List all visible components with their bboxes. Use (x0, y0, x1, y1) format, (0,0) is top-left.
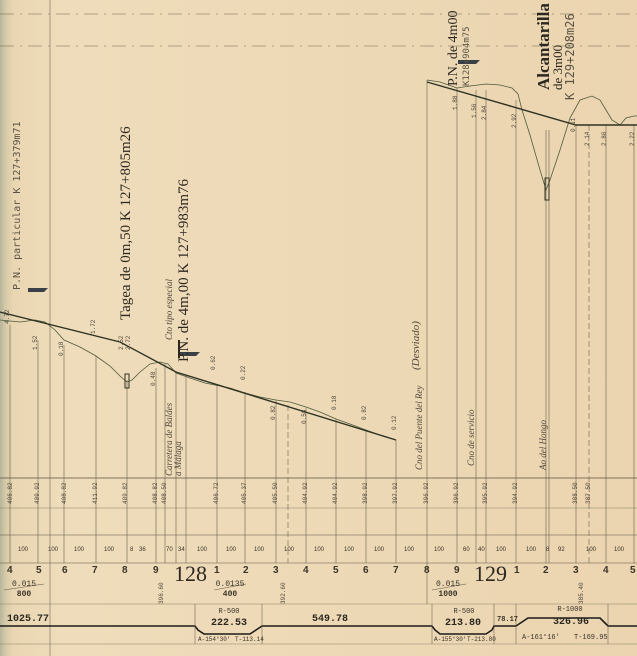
grade-change-elev: 392.60 (280, 582, 287, 604)
km-tick: 5 (333, 565, 339, 576)
km-tick: 6 (62, 565, 68, 576)
straight-length: 1025.77 (6, 614, 50, 625)
ordinate: 0.58 (301, 410, 308, 424)
arroyo-hongo-label: Ao del Hongo (538, 420, 548, 470)
ordinate: 0.82 (361, 406, 368, 420)
straight-length: 78.17 (497, 616, 518, 624)
curve-2-radius: R-500 (449, 608, 479, 616)
elevation-top: 396.92 (423, 482, 430, 504)
pn-special-type-label: Cto tipo especial (164, 279, 174, 340)
curve-3-tangent: T-169.95 (574, 634, 608, 642)
ordinate: 2.72 (125, 336, 132, 350)
ordinate: 2.92 (511, 114, 518, 128)
curve-3-radius: R-1000 (550, 606, 590, 614)
elevation-top: 406.82 (7, 482, 14, 504)
elevation-top: 398.92 (362, 482, 369, 504)
km-tick: 7 (393, 565, 399, 576)
distance-cell: 100 (74, 547, 84, 553)
km-tick: 9 (454, 565, 460, 576)
distance-cell: 100 (614, 547, 624, 553)
distance-cell: 100 (197, 547, 207, 553)
km-tick: 5 (630, 565, 636, 576)
ordinate: 4.72 (4, 310, 11, 324)
straight-length: 549.78 (300, 614, 360, 625)
elevation-top: 409.82 (122, 482, 129, 504)
curve-2-angle: A-155°30' (434, 636, 466, 643)
elevation-top: 408.82 (152, 482, 159, 504)
grade-2-length: 400 (210, 590, 250, 599)
tagea-label: Tagea de 0m,50 K 127+805m26 (118, 126, 135, 320)
grade-3-slope: 0.015 (428, 580, 468, 589)
km-tick: 4 (603, 565, 609, 576)
elevation-top: 409.92 (34, 482, 41, 504)
distance-cell: 100 (586, 547, 596, 553)
grade-change-elev: 396.60 (158, 582, 165, 604)
desviado-label: (Desviado) (410, 321, 422, 370)
distance-cell: 100 (526, 547, 536, 553)
distance-cell: 100 (18, 547, 28, 553)
ordinate: 0.18 (58, 342, 65, 356)
ordinate: 0.12 (391, 416, 398, 430)
km-tick: 3 (573, 565, 579, 576)
distance-cell: 100 (254, 547, 264, 553)
alcantarilla-km-label: K 129+208m26 (563, 13, 577, 100)
ordinate: 2.22 (629, 132, 636, 146)
km-tick: 2 (543, 565, 549, 576)
ordinate: 0.62 (210, 356, 217, 370)
ordinate: 2.52 (118, 336, 125, 350)
pn-4m-129-km-label: K128+904m75 (462, 26, 472, 86)
malaga-label: a Málaga (173, 441, 183, 476)
ordinate: 1.88 (452, 96, 459, 110)
curve-3-length: 326.96 (544, 617, 598, 628)
ordinate: 1.72 (90, 320, 97, 334)
ordinate: 2.86 (601, 132, 608, 146)
elevation-top: 408.82 (61, 482, 68, 504)
curve-2-tangent: T-213.80 (467, 636, 496, 643)
km-tick: 2 (243, 565, 249, 576)
km-tick: 7 (92, 565, 98, 576)
distance-cell: 100 (404, 547, 414, 553)
grade-3-length: 1000 (428, 590, 468, 599)
elevation-top: 411.92 (92, 482, 99, 504)
ordinate: 0.82 (270, 406, 277, 420)
elevation-top: 408.50 (161, 482, 168, 504)
distance-cell: 100 (344, 547, 354, 553)
curve-1-length: 222.53 (204, 618, 254, 629)
distance-cell: 100 (226, 547, 236, 553)
pn-4m-label: P.N. de 4m,00 K 127+983m76 (176, 179, 193, 362)
ordinate: 0.11 (570, 118, 577, 132)
distance-cell: 100 (496, 547, 506, 553)
km-major-128: 128 (174, 561, 207, 587)
elevation-top: 395.92 (482, 482, 489, 504)
curve-2-length: 213.80 (438, 618, 488, 629)
grade-2-slope: 0.0135 (210, 580, 250, 589)
distance-cell: 40 (478, 547, 485, 553)
km-tick: 1 (514, 565, 520, 576)
distance-cell: 100 (374, 547, 384, 553)
km-major-129: 129 (474, 561, 507, 587)
distance-cell: 36 (139, 547, 146, 553)
distance-cell: 8 (130, 547, 133, 553)
curve-1-radius: R-500 (214, 608, 244, 616)
distance-cell: 100 (434, 547, 444, 553)
elevation-top: 406.72 (213, 482, 220, 504)
ordinate: 0.18 (331, 396, 338, 410)
grade-1-length: 800 (4, 590, 44, 599)
elevation-top: 394.92 (512, 482, 519, 504)
elevation-top: 405.50 (272, 482, 279, 504)
curve-3-angle: A-161°16' (522, 634, 560, 642)
distance-cell: 100 (48, 547, 58, 553)
ordinate: 0.22 (240, 366, 247, 380)
km-tick: 3 (273, 565, 279, 576)
km-tick: 1 (214, 565, 220, 576)
distance-cell: 70 (166, 547, 173, 553)
curve-1-angle: A-154°30' (198, 636, 230, 643)
curve-1-tangent: T-113.14 (235, 636, 264, 643)
grade-1-slope: 0.015 (4, 580, 44, 589)
distance-cell: 60 (463, 547, 470, 553)
distance-cell: 100 (284, 547, 294, 553)
elevation-top: 404.92 (302, 482, 309, 504)
distance-cell: 92 (558, 547, 565, 553)
profile-sheet: P.N. particular K 127+379m71 Tagea de 0m… (0, 0, 637, 656)
pn-4m-129-label: P.N. de 4m00 (446, 11, 462, 86)
elevation-top: 396.92 (453, 482, 460, 504)
ordinate: 1.56 (471, 104, 478, 118)
ordinate: 1.52 (32, 336, 39, 350)
km-tick: 9 (153, 565, 159, 576)
distance-cell: 100 (104, 547, 114, 553)
distance-cell: 34 (178, 547, 185, 553)
grade-change-elev: 385.40 (578, 582, 585, 604)
ordinate: 2.14 (584, 132, 591, 146)
km-tick: 4 (7, 565, 13, 576)
distance-cell: 100 (314, 547, 324, 553)
distance-cell: 8 (546, 547, 549, 553)
km-tick: 4 (303, 565, 309, 576)
camino-servicio-label: Cno de servicio (466, 410, 476, 467)
ordinate: 0.48 (150, 372, 157, 386)
elevation-top: 387.50 (585, 482, 592, 504)
elevation-top: 404.92 (332, 482, 339, 504)
elevation-top: 388.50 (572, 482, 579, 504)
ordinate: 2.84 (481, 106, 488, 120)
km-tick: 8 (424, 565, 430, 576)
km-tick: 8 (122, 565, 128, 576)
km-tick: 6 (363, 565, 369, 576)
pn-particular-label: P.N. particular K 127+379m71 (12, 121, 23, 290)
camino-puente-rey-label: Cno del Puente del Rey (414, 386, 424, 470)
km-tick: 5 (36, 565, 42, 576)
elevation-top: 397.92 (392, 482, 399, 504)
elevation-top: 405.37 (241, 482, 248, 504)
